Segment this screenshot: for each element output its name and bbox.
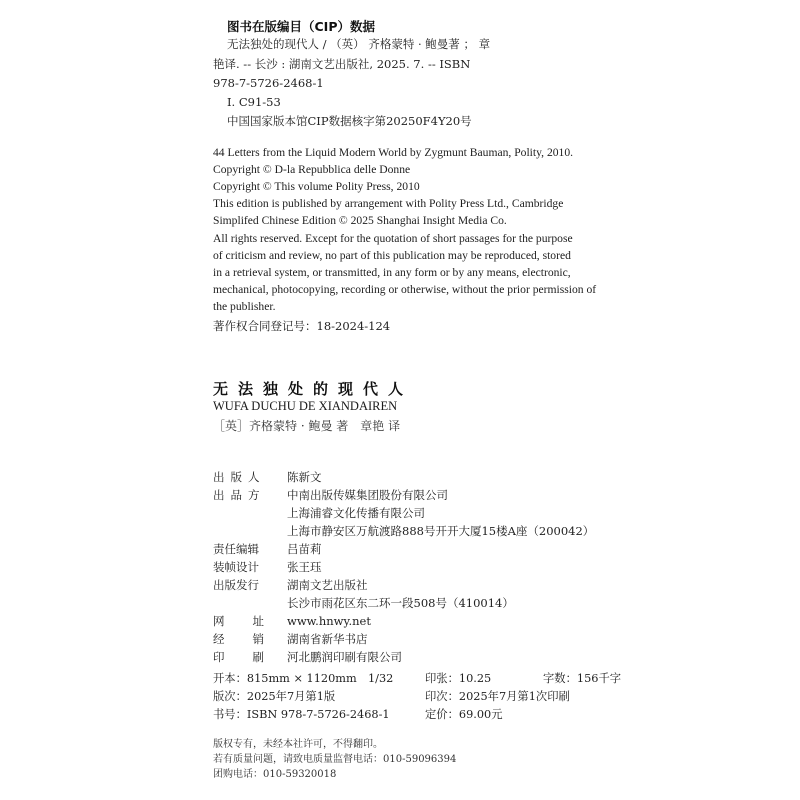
website-row: 网址 www.hnwy.net [213, 613, 633, 631]
cip-title: 图书在版编目（CIP）数据 [227, 17, 375, 35]
copyright-line: Copyright © This volume Polity Press, 20… [213, 179, 420, 195]
distributor-label: 出版发行 [213, 577, 273, 593]
printer-row: 印刷 河北鹏润印刷有限公司 [213, 649, 633, 667]
distributor-address: 长沙市雨花区东二环一段508号（410014） [287, 595, 514, 611]
copyright-line: of criticism and review, no part of this… [213, 248, 571, 264]
cip-line: 978-7-5726-2468-1 [213, 75, 324, 91]
cip-line: 无法独处的现代人 / （英） 齐格蒙特 · 鲍曼著 ； 章 [227, 36, 490, 52]
distributor-value: 湖南文艺出版社 [287, 577, 368, 593]
rights-note: 版权专有，未经本社许可，不得翻印。 [213, 738, 383, 752]
producer-label: 出品方 [213, 487, 273, 503]
distributor-address-row: 长沙市雨花区东二环一段508号（410014） [213, 595, 633, 613]
copyright-line: in a retrieval system, or transmitted, i… [213, 265, 571, 281]
book-title: 无法独处的现代人 [213, 378, 413, 399]
producer-address: 上海市静安区万航渡路888号开开大厦15楼A座（200042） [287, 523, 594, 539]
format-spec: 开本：815mm × 1120mm 1/32 [213, 671, 393, 687]
copyright-line: All rights reserved. Except for the quot… [213, 231, 573, 247]
sheets-spec: 印张：10.25 [425, 671, 491, 687]
website-label: 网址 [213, 613, 273, 629]
distributor-row: 出版发行 湖南文艺出版社 [213, 577, 633, 595]
copyright-line: This edition is published by arrangement… [213, 196, 563, 212]
producer-address-row: 上海市静安区万航渡路888号开开大厦15楼A座（200042） [213, 523, 633, 541]
copyright-line: Simplifed Chinese Edition © 2025 Shangha… [213, 213, 507, 229]
editor-row: 责任编辑 吕苗莉 [213, 541, 633, 559]
group-purchase-note: 团购电话：010-59320018 [213, 768, 336, 782]
copyright-line: mechanical, photocopying, recording or o… [213, 282, 596, 298]
printer-label: 印刷 [213, 649, 273, 665]
printing-spec: 印次：2025年7月第1次印刷 [425, 689, 570, 705]
copyright-registration-number: 著作权合同登记号：18-2024-124 [213, 318, 390, 334]
dealer-row: 经销 湖南省新华书店 [213, 631, 633, 649]
printer-value: 河北鹏润印刷有限公司 [287, 649, 402, 665]
producer-value: 中南出版传媒集团股份有限公司 [287, 487, 448, 503]
price-spec: 定价：69.00元 [425, 707, 503, 723]
cip-line: Ⅰ. C91-53 [227, 94, 281, 110]
dealer-label: 经销 [213, 631, 273, 647]
edition-spec: 版次：2025年7月第1版 [213, 689, 335, 705]
designer-value: 张王珏 [287, 559, 322, 575]
publisher-label: 出版人 [213, 469, 273, 485]
publisher-value: 陈新文 [287, 469, 322, 485]
book-title-pinyin: WUFA DUCHU DE XIANDAIREN [213, 399, 397, 414]
word-count-spec: 字数：156千字 [543, 671, 621, 687]
copyright-line: Copyright © D-la Repubblica delle Donne [213, 162, 410, 178]
book-author-line: ［英］齐格蒙特 · 鲍曼 著 章艳 译 [213, 417, 400, 434]
publisher-row: 出版人 陈新文 [213, 469, 633, 487]
cip-line: 艳译. -- 长沙 : 湖南文艺出版社, 2025. 7. -- ISBN [213, 56, 470, 72]
editor-value: 吕苗莉 [287, 541, 322, 557]
quality-hotline-note: 若有质量问题，请致电质量监督电话：010-59096394 [213, 753, 456, 767]
producer-row: 出品方 中南出版传媒集团股份有限公司 [213, 487, 633, 505]
cip-line: 中国国家版本馆CIP数据核字第20250F4Y20号 [227, 113, 472, 129]
copyright-line: the publisher. [213, 299, 275, 315]
dealer-value: 湖南省新华书店 [287, 631, 368, 647]
isbn-spec: 书号：ISBN 978-7-5726-2468-1 [213, 707, 390, 723]
editor-label: 责任编辑 [213, 541, 273, 557]
copyright-line: 44 Letters from the Liquid Modern World … [213, 145, 573, 161]
designer-label: 装帧设计 [213, 559, 273, 575]
producer-row-2: 上海浦睿文化传播有限公司 [213, 505, 633, 523]
website-link[interactable]: www.hnwy.net [287, 613, 371, 629]
designer-row: 装帧设计 张王珏 [213, 559, 633, 577]
producer-value: 上海浦睿文化传播有限公司 [287, 505, 425, 521]
